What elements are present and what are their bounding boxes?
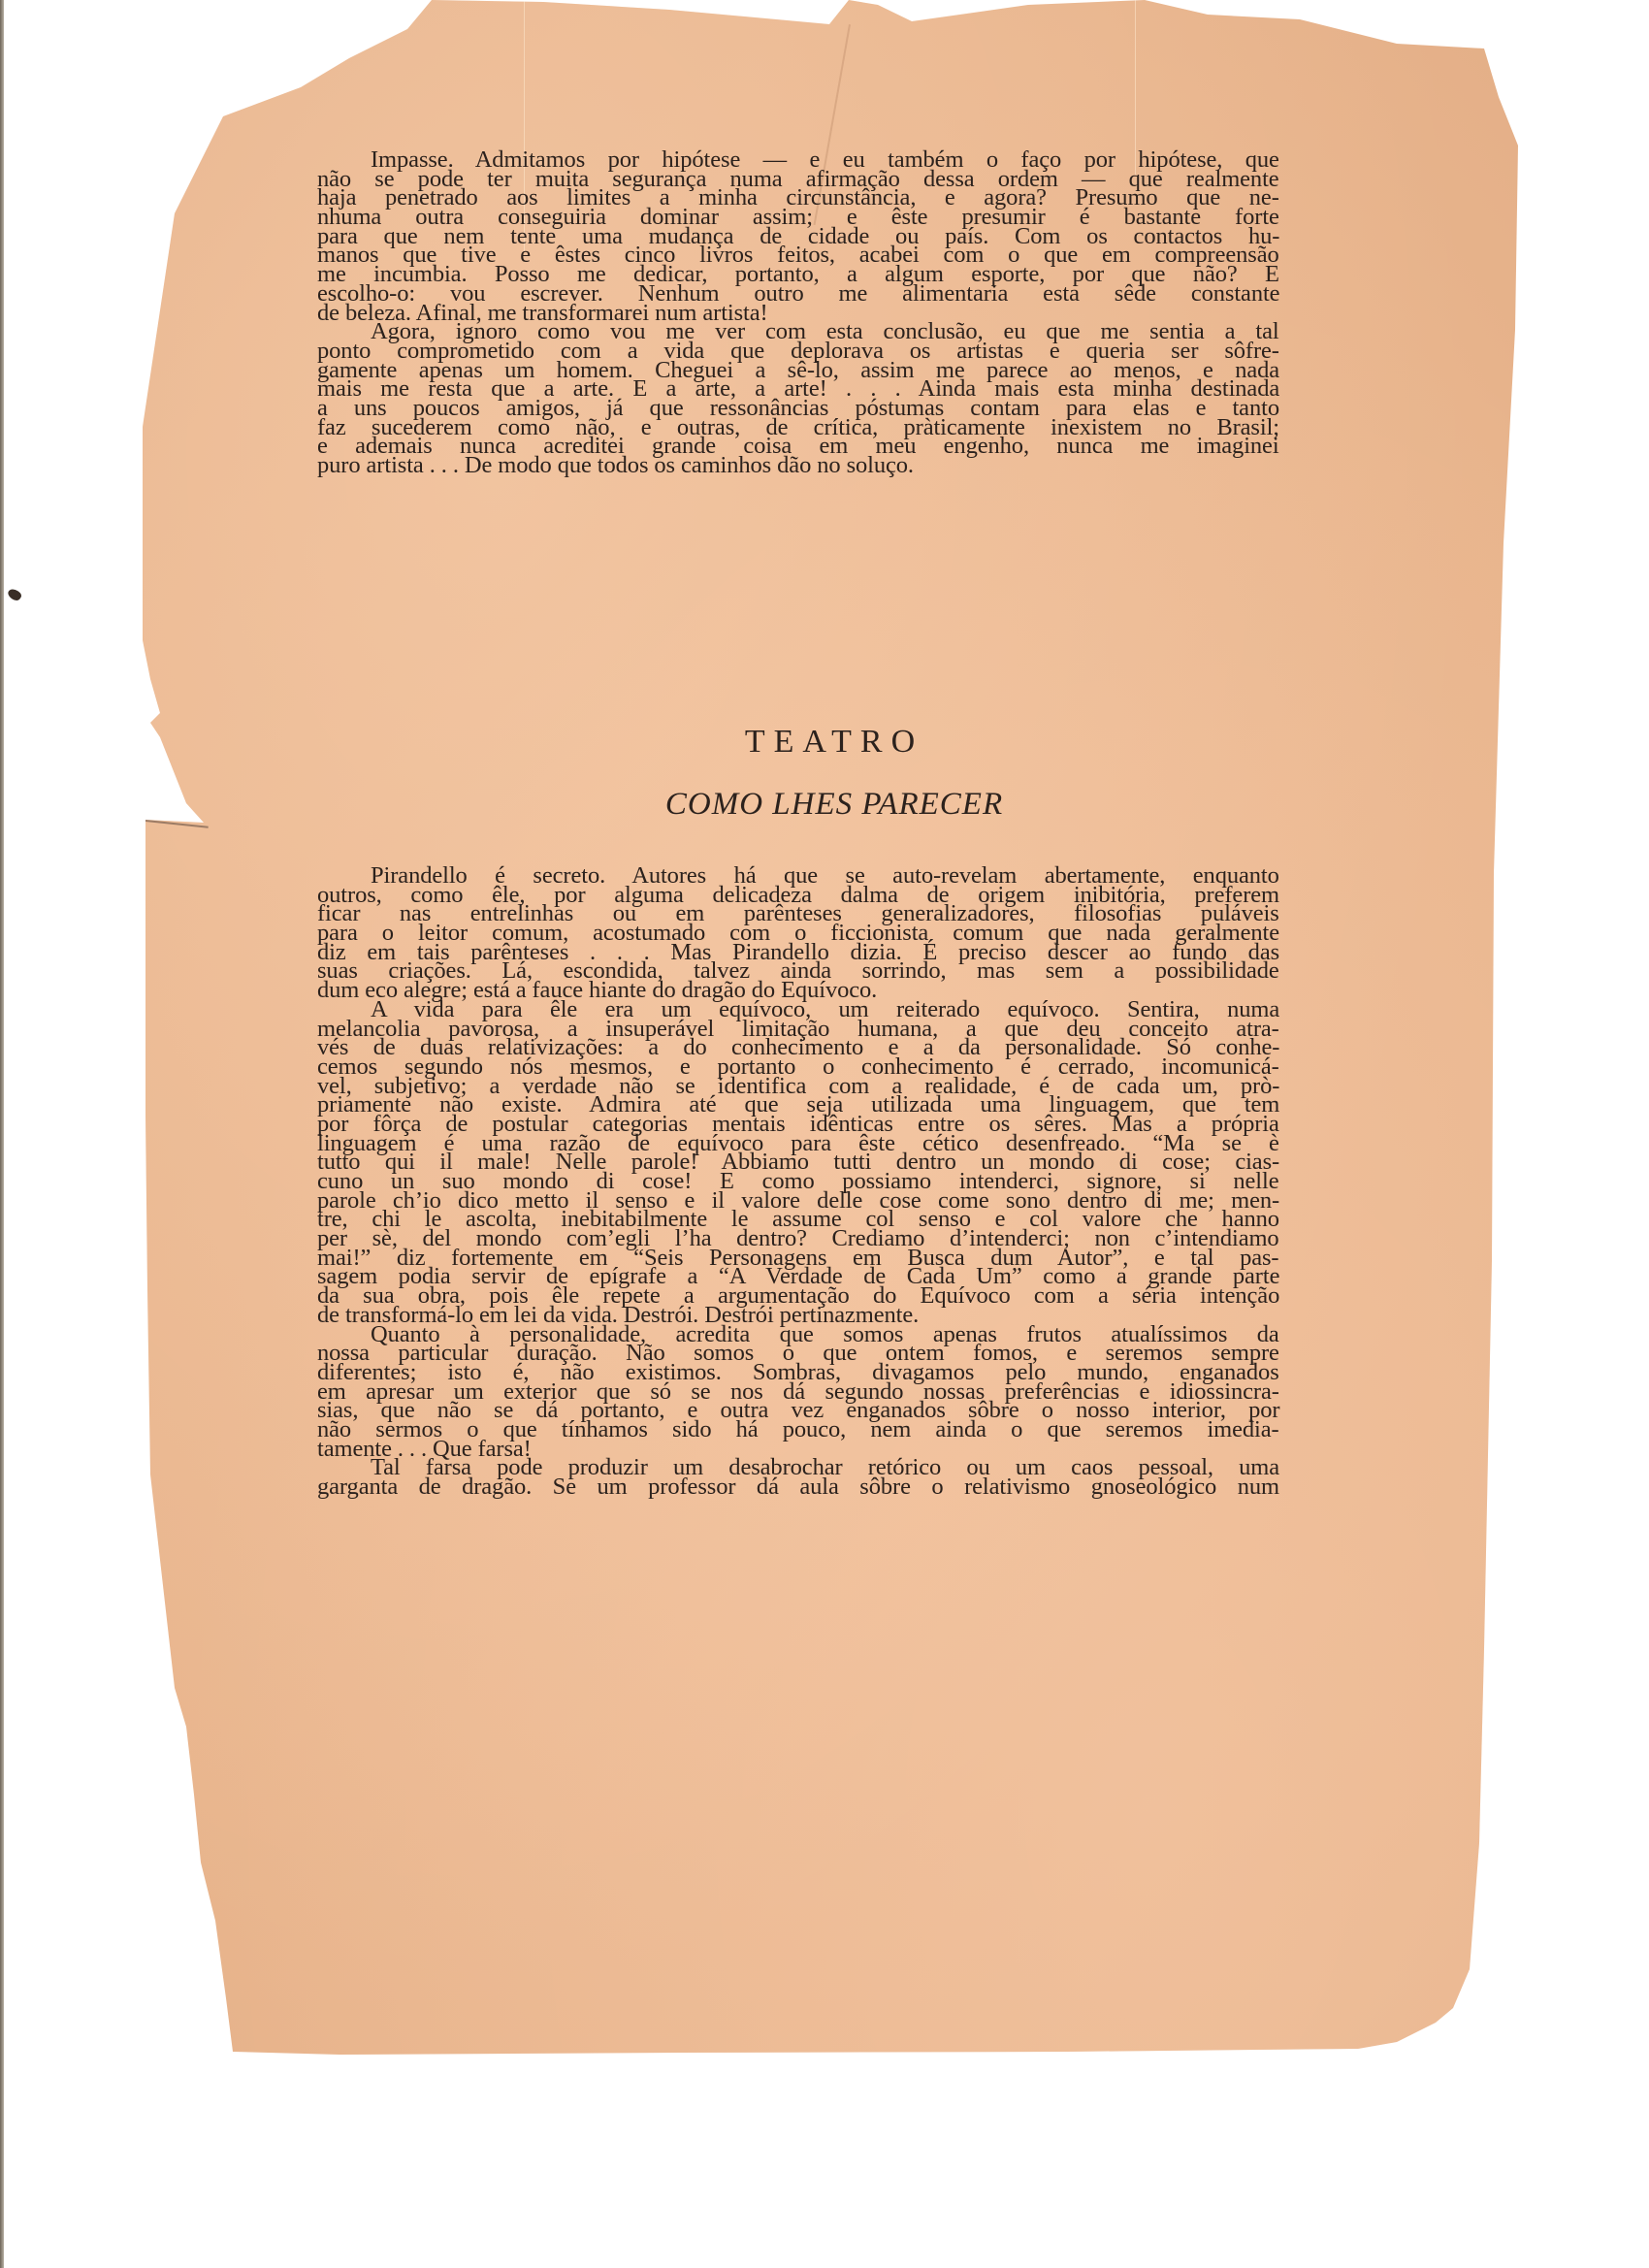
scanner-edge bbox=[0, 0, 4, 2268]
body-text-section: Pirandello é secreto. Autores há que se … bbox=[317, 866, 1279, 1497]
paper-page: Impasse. Admitamos por hipótese — e eu t… bbox=[0, 0, 1649, 2268]
text-line: garganta de dragão. Se um professor dá a… bbox=[317, 1477, 1279, 1497]
debris-speck bbox=[6, 587, 22, 602]
paragraph: Tal farsa pode produzir um desabrochar r… bbox=[317, 1458, 1279, 1496]
section-subheading: COMO LHES PARECER bbox=[0, 787, 1649, 823]
paragraph: Quanto à personalidade, acredita que som… bbox=[317, 1325, 1279, 1459]
paragraph: Pirandello é secreto. Autores há que se … bbox=[317, 866, 1279, 1000]
paragraph: A vida para êle era um equívoco, um reit… bbox=[317, 1000, 1279, 1325]
top-text-section: Impasse. Admitamos por hipótese — e eu t… bbox=[317, 150, 1279, 475]
paragraph: Agora, ignoro como vou me ver com esta c… bbox=[317, 322, 1279, 475]
paragraph: Impasse. Admitamos por hipótese — e eu t… bbox=[317, 150, 1279, 322]
section-heading: TEATRO bbox=[0, 724, 1649, 761]
